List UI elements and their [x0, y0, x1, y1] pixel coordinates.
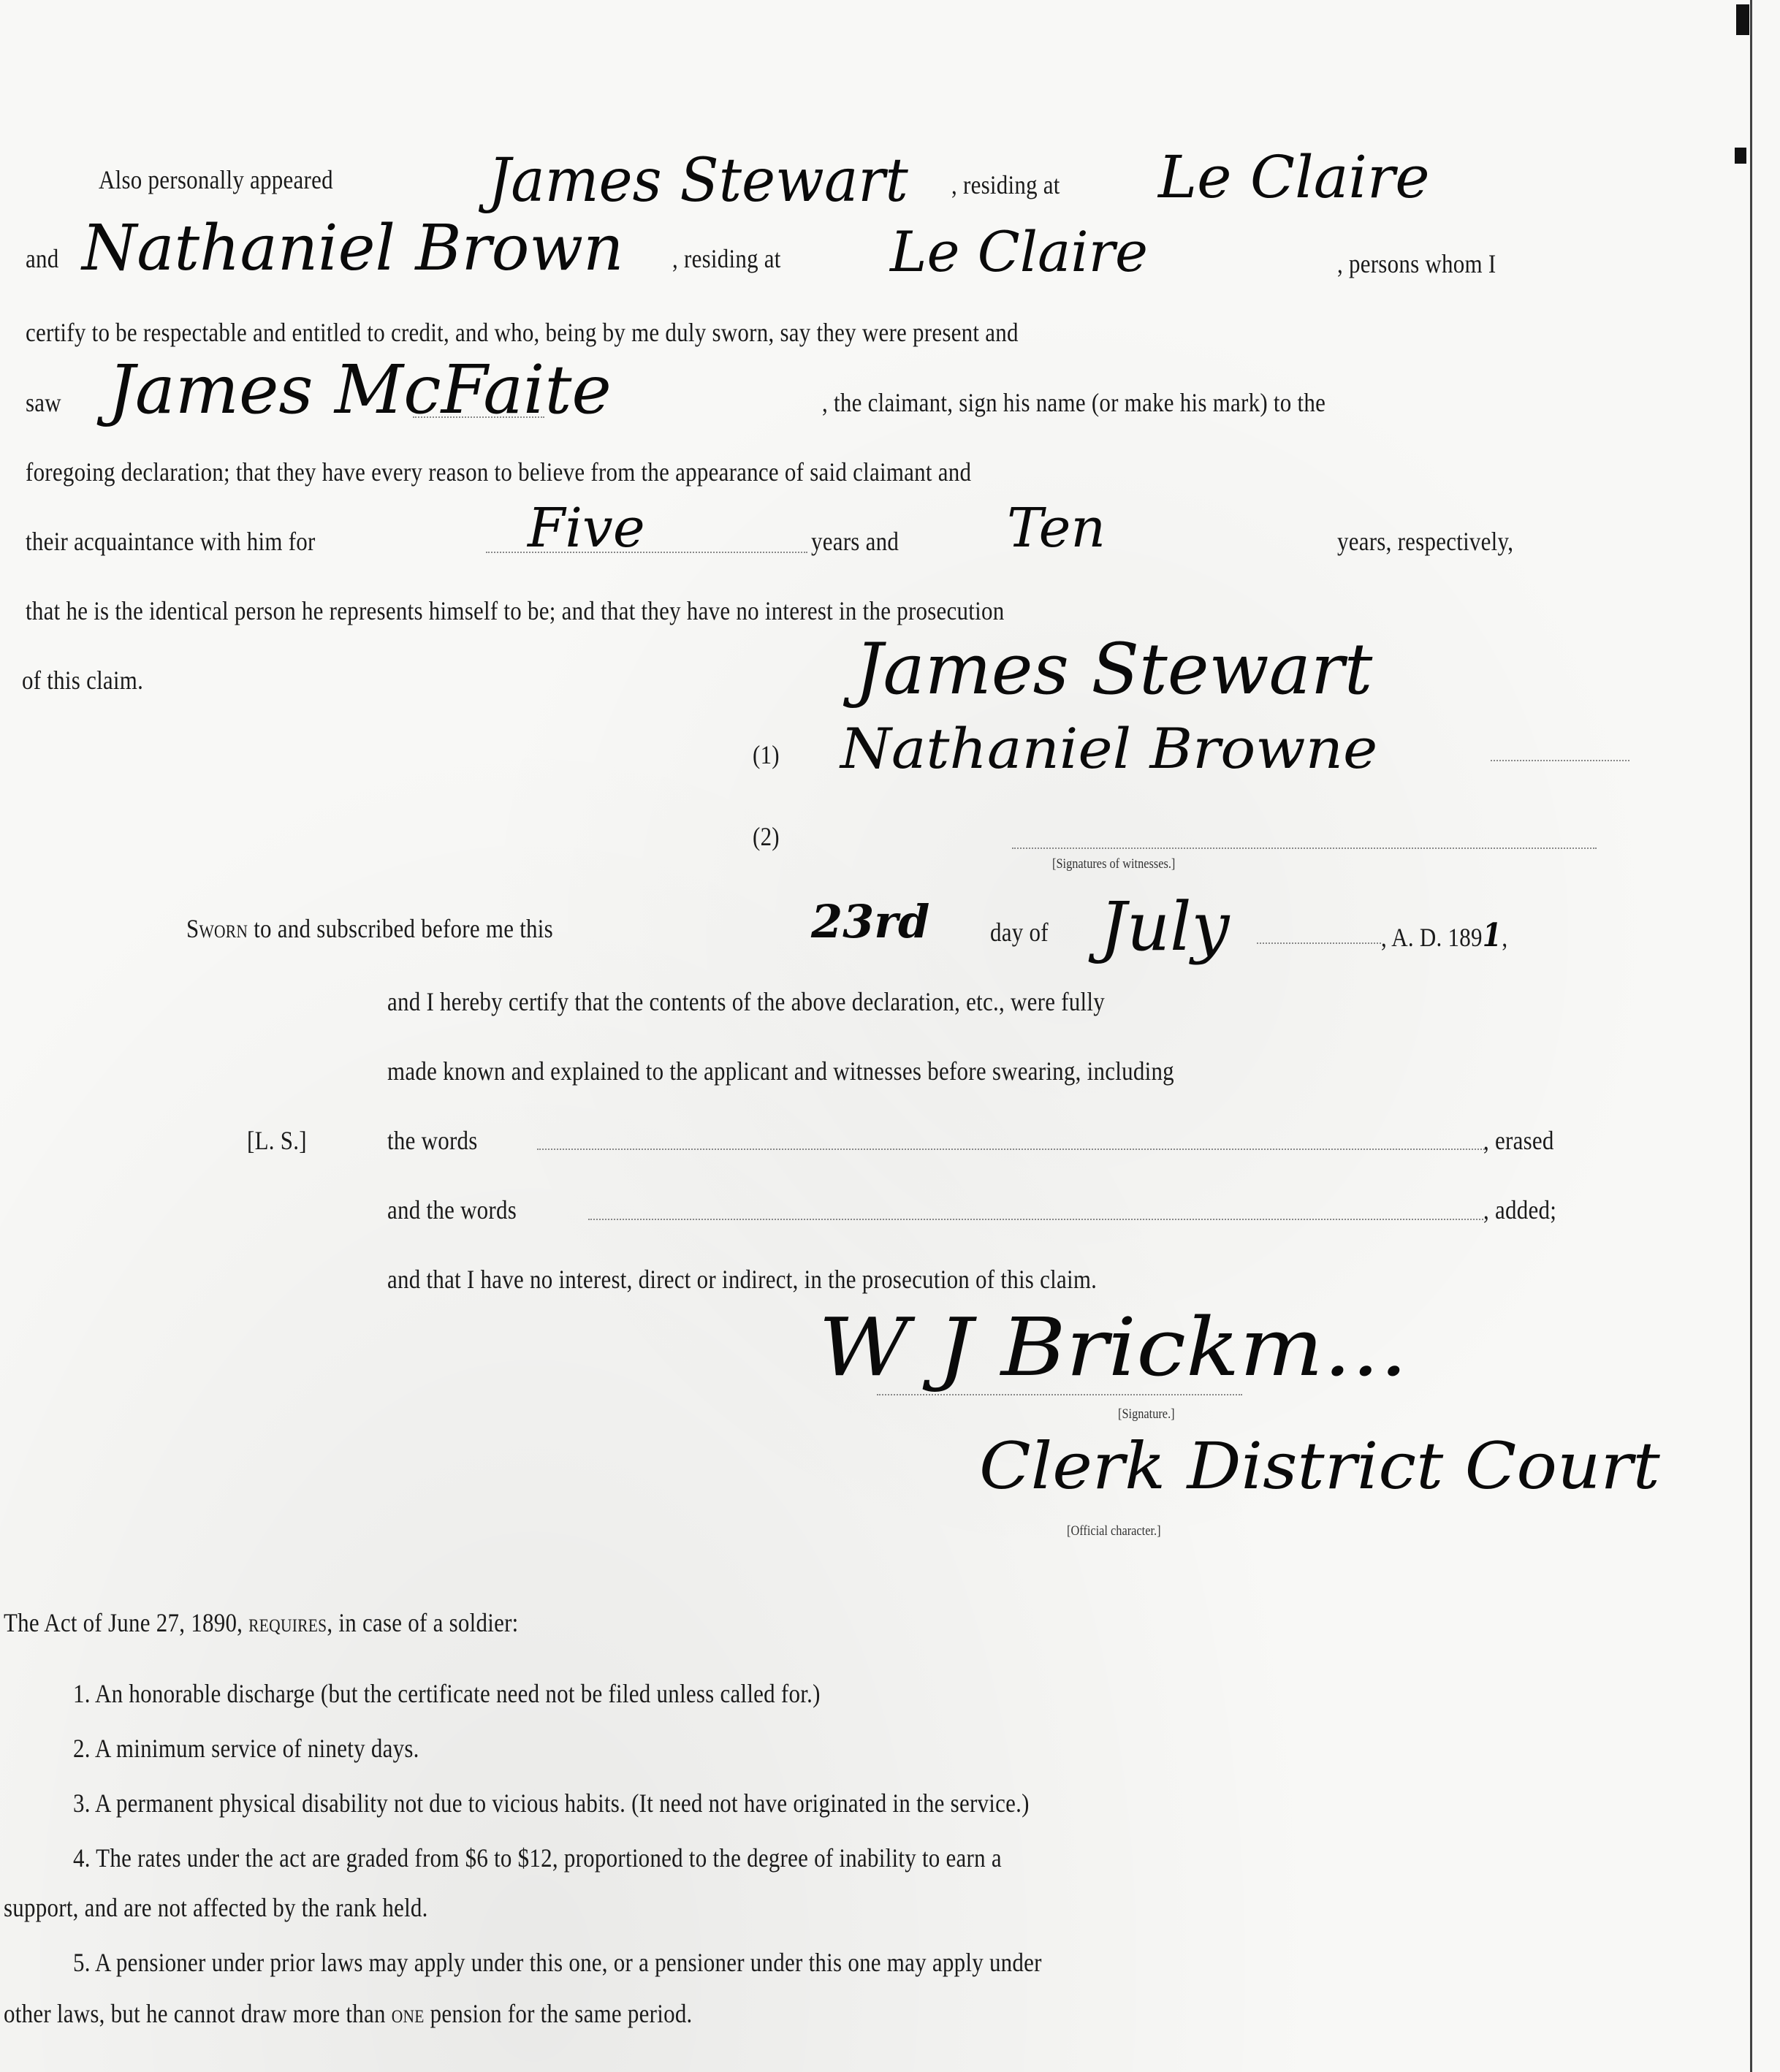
witness-label-2: (2) — [753, 821, 780, 852]
signature-caption: [Signature.] — [1118, 1406, 1175, 1422]
signature-witness2: Nathaniel Browne — [840, 716, 1377, 781]
line-identical-person: that he is the identical person he repre… — [26, 595, 1005, 626]
years-and-text: years and — [811, 526, 899, 557]
seal-label: [L. S.] — [247, 1125, 307, 1156]
persons-whom-text: , persons whom I — [1337, 248, 1496, 279]
line-and: and — [26, 243, 58, 274]
officer-signature-rule — [877, 1394, 1242, 1395]
page-fold-edge — [1750, 0, 1752, 2072]
certify-contents-line: and I hereby certify that the contents o… — [387, 986, 1105, 1017]
handwritten-witness1-name: James Stewart — [488, 146, 908, 216]
handwritten-witness2-name: Nathaniel Brown — [82, 212, 623, 285]
words-added-label: and the words — [387, 1195, 517, 1225]
anno-domini-text: , A. D. 1891, — [1381, 917, 1507, 954]
no-interest-line: and that I have no interest, direct or i… — [387, 1264, 1097, 1295]
line-acquaintance: their acquaintance with him for — [26, 526, 316, 557]
residing-at-label-1: , residing at — [951, 170, 1060, 200]
sworn-line: Sworn to and subscribed before me this — [186, 913, 553, 944]
line-certify: certify to be respectable and entitled t… — [26, 317, 1019, 348]
handwritten-witness2-residence: Le Claire — [890, 219, 1148, 284]
official-character-handwritten: Clerk District Court — [979, 1428, 1660, 1504]
witness-label-1: (1) — [753, 739, 780, 770]
requirement-2: 2. A minimum service of ninety days. — [73, 1733, 419, 1764]
added-text: , added; — [1483, 1195, 1556, 1225]
binding-clip-middle — [1735, 148, 1746, 164]
requirement-4-line2: support, and are not affected by the ran… — [4, 1892, 428, 1923]
day-of-text: day of — [990, 917, 1049, 948]
residing-at-label-2: , residing at — [672, 243, 781, 274]
erased-text: , erased — [1483, 1125, 1554, 1156]
claimant-sign-text: , the claimant, sign his name (or make h… — [822, 387, 1326, 418]
line-also-appeared: Also personally appeared — [99, 164, 333, 195]
words-erased-label: the words — [387, 1125, 478, 1156]
requirement-5-line2: other laws, but he cannot draw more than… — [4, 1998, 693, 2029]
handwritten-years-witness1: Five — [528, 497, 645, 560]
requirement-3: 3. A permanent physical disability not d… — [73, 1788, 1030, 1818]
claimant-name-rule — [413, 416, 544, 418]
erased-words-field — [537, 1149, 1487, 1150]
signature-witness1: James Stewart — [855, 628, 1372, 710]
made-known-line: made known and explained to the applican… — [387, 1056, 1174, 1086]
handwritten-years-witness2: Ten — [1007, 497, 1106, 560]
month-rule — [1257, 942, 1381, 944]
line-of-this-claim: of this claim. — [22, 665, 143, 696]
signatures-of-witnesses-caption: [Signatures of witnesses.] — [1052, 856, 1175, 872]
handwritten-day: 23rd — [811, 895, 929, 948]
handwritten-witness1-residence: Le Claire — [1158, 143, 1430, 211]
line-saw: saw — [26, 387, 61, 418]
officer-signature: W J Brickm... — [818, 1300, 1407, 1394]
witness2-signature-rule — [1012, 848, 1597, 849]
act-intro: The Act of June 27, 1890, requires, in c… — [4, 1607, 519, 1638]
requirement-1: 1. An honorable discharge (but the certi… — [73, 1678, 821, 1709]
witness1-signature-rule — [1491, 760, 1629, 761]
added-words-field — [588, 1219, 1483, 1220]
years-respectively-text: years, respectively, — [1337, 526, 1513, 557]
handwritten-month: July — [1100, 888, 1230, 966]
requirement-5-line1: 5. A pensioner under prior laws may appl… — [73, 1947, 1042, 1978]
binding-clip-top — [1736, 4, 1749, 35]
official-character-caption: [Official character.] — [1067, 1523, 1161, 1539]
line-foregoing: foregoing declaration; that they have ev… — [26, 457, 971, 487]
requirement-4-line1: 4. The rates under the act are graded fr… — [73, 1843, 1002, 1873]
